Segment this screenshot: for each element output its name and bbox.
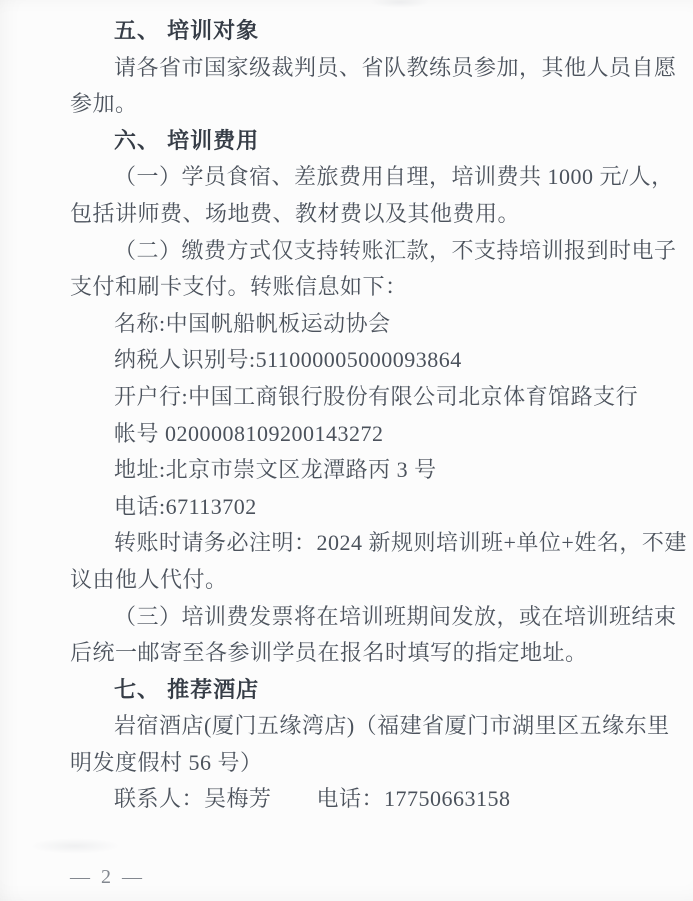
section-heading-5-training-target: 五、 培训对象 bbox=[70, 13, 636, 50]
para-fee-line-2: 包括讲师费、场地费、教材费以及其他费用。 bbox=[70, 196, 636, 233]
para-participants-line-1: 请各省市国家级裁判员、省队教练员参加，其他人员自愿 bbox=[70, 50, 636, 87]
scan-smudge bbox=[30, 838, 120, 854]
para-invoice-line-1: （三）培训费发票将在培训班期间发放，或在培训班结束 bbox=[70, 599, 636, 636]
scan-smudge bbox=[370, 0, 430, 8]
section-heading-7-recommended-hotel: 七、 推荐酒店 bbox=[70, 672, 636, 709]
para-payment-method-line-1: （二）缴费方式仅支持转账汇款，不支持培训报到时电子 bbox=[70, 233, 636, 270]
document-body: 五、 培训对象 请各省市国家级裁判员、省队教练员参加，其他人员自愿 参加。 六、… bbox=[70, 13, 636, 818]
para-payment-method-line-2: 支付和刷卡支付。转账信息如下： bbox=[70, 269, 636, 306]
para-hotel-line-1: 岩宿酒店(厦门五缘湾店)（福建省厦门市湖里区五缘东里 bbox=[70, 708, 636, 745]
para-invoice-line-2: 后统一邮寄至各参训学员在报名时填写的指定地址。 bbox=[70, 635, 636, 672]
document-page: 五、 培训对象 请各省市国家级裁判员、省队教练员参加，其他人员自愿 参加。 六、… bbox=[0, 0, 693, 901]
transfer-info-account-number: 帐号 0200008109200143272 bbox=[70, 416, 636, 453]
page-number: — 2 — bbox=[70, 864, 145, 890]
transfer-info-phone: 电话:67113702 bbox=[70, 489, 636, 526]
hotel-contact-line: 联系人：吴梅芳 电话：17750663158 bbox=[70, 781, 636, 818]
transfer-info-address: 地址:北京市崇文区龙潭路丙 3 号 bbox=[70, 452, 636, 489]
para-participants-line-2: 参加。 bbox=[70, 86, 636, 123]
section-heading-6-training-fee: 六、 培训费用 bbox=[70, 123, 636, 160]
para-transfer-note-line-2: 议由他人代付。 bbox=[70, 562, 636, 599]
para-fee-line-1: （一）学员食宿、差旅费用自理，培训费共 1000 元/人， bbox=[70, 159, 636, 196]
para-hotel-line-2: 明发度假村 56 号） bbox=[70, 745, 636, 782]
transfer-info-account-name: 名称:中国帆船帆板运动协会 bbox=[70, 306, 636, 343]
transfer-info-bank: 开户行:中国工商银行股份有限公司北京体育馆路支行 bbox=[70, 379, 636, 416]
para-transfer-note-line-1: 转账时请务必注明：2024 新规则培训班+单位+姓名，不建 bbox=[70, 525, 636, 562]
transfer-info-taxpayer-id: 纳税人识别号:511000005000093864 bbox=[70, 342, 636, 379]
